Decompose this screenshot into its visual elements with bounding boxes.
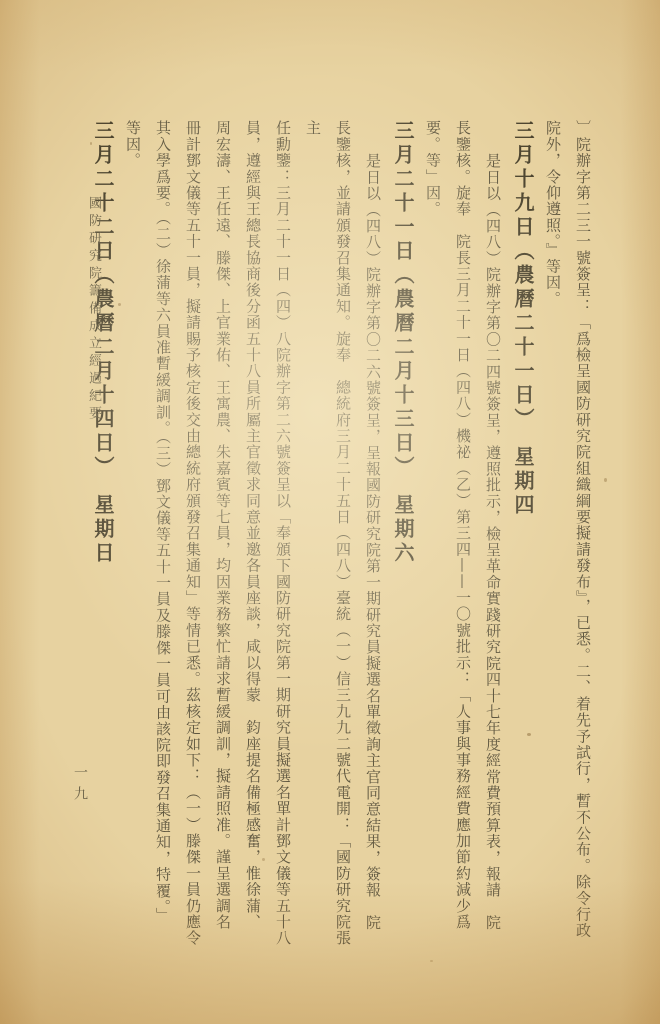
text-column: 任勳鑒：三月二十一日（四）八院辦字第二六號簽呈以「奉頒下國防研究院第一期研究員擬… (268, 120, 298, 952)
document-page: 〕院辦字第二三一號簽呈：「爲檢呈國防研究院組織綱要擬請發布』，已悉。二、着先予試… (0, 0, 660, 1024)
text-column: 其入學爲要。（二）徐蒲等六員准暫緩調訓。（三）鄧文儀等五十一員及滕傑一員可由該院… (148, 120, 178, 952)
text-column: 長鑒核，並請頒發召集通知。旋奉 總統府三月二十五日（四八）臺統（一）信三九九二號… (298, 120, 358, 952)
page-number: 一九 (70, 765, 90, 807)
entry-heading-mar-19: 三月十九日（農曆二十一日） 星期四 (508, 120, 538, 952)
main-text-block: 〕院辦字第二三一號簽呈：「爲檢呈國防研究院組織綱要擬請發布』，已悉。二、着先予試… (118, 120, 598, 952)
text-column: 周宏濤、王任遠、滕傑、上官業佑、王寓農、朱嘉賓等七員，均因業務繁忙請求暫緩調訓，… (208, 120, 238, 952)
paper-speck (604, 478, 607, 482)
entry-heading-mar-21: 三月二十一日（農曆二月十三日） 星期六 (388, 120, 418, 952)
text-column-continuation: 院外，令仰遵照。』等因。 (538, 120, 568, 952)
text-column: 冊計鄧文儀等五十一員，擬請賜予核定後交由總統府頒發召集通知」等情已悉。茲核定如下… (178, 120, 208, 952)
paper-speck (430, 960, 433, 962)
text-column: 長鑒核。旋奉 院長三月二十一日（四八）機祕（乙）第三四——一〇號批示：「人事與事… (448, 120, 478, 952)
text-column-paragraph: 是日以（四八）院辦字第〇二六號簽呈，呈報國防研究院第一期研究員擬選名單徵詢主官同… (358, 120, 388, 952)
text-column: 員，遵經與王總長協商後分函五十八員所屬主官徵求同意並邀各員座談，咸以得蒙 鈞座提… (238, 120, 268, 952)
text-column-continuation: 〕院辦字第二三一號簽呈：「爲檢呈國防研究院組織綱要擬請發布』，已悉。二、着先予試… (568, 120, 598, 952)
text-column: 等因。 (118, 120, 148, 952)
text-column: 要。等」因。 (418, 120, 448, 952)
text-column-paragraph: 是日以（四八）院辦字第〇二四號簽呈，遵照批示，檢呈革命實踐研究院四十七年度經常費… (478, 120, 508, 952)
margin-caption: 國防研究院籌備成立經過紀要 (84, 196, 103, 424)
